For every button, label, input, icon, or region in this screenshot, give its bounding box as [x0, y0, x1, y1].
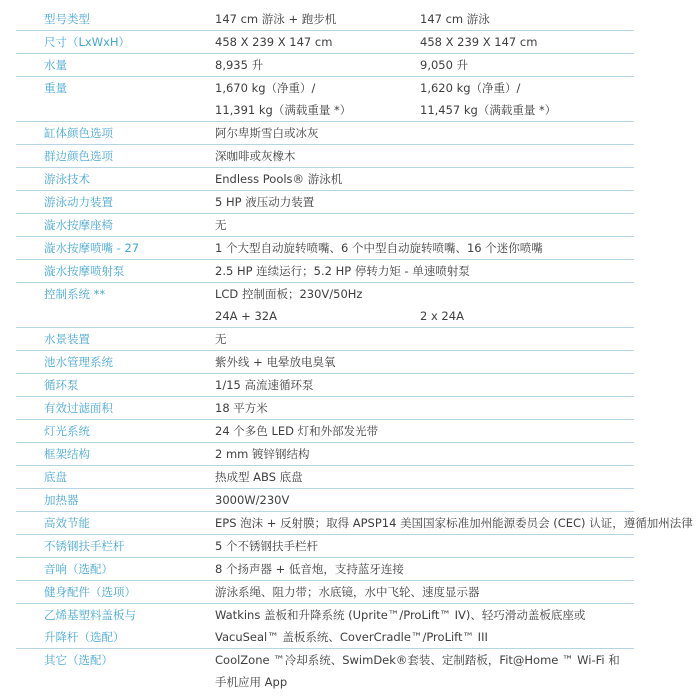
spec-label-line: 重量 — [44, 77, 215, 99]
spec-value-col1-line: 紫外线 + 电晕放电臭氧 — [215, 351, 420, 373]
spec-label-line: 漩水按摩喷嘴 - 27 — [44, 237, 215, 259]
spec-label: 不锈钢扶手栏杆 — [16, 535, 215, 557]
spec-value-col1-line: 5 个不锈钢扶手栏杆 — [215, 535, 420, 557]
spec-value-col1-line: 24 个多色 LED 灯和外部发光带 — [215, 420, 420, 442]
spec-value-col2 — [420, 466, 634, 488]
spec-label: 水量 — [16, 54, 215, 76]
spec-label-line: 健身配件（选项） — [44, 581, 215, 603]
spec-value-col2-line — [543, 237, 634, 259]
spec-row: 健身配件（选项）游泳系绳、阻力带；水底镜，水中飞轮、速度显示器 — [16, 581, 634, 604]
spec-value-col2 — [420, 420, 634, 442]
spec-label: 游泳技术 — [16, 168, 215, 190]
spec-value-col1: 1,670 kg（净重）/11,391 kg（满载重量 *） — [215, 77, 420, 121]
spec-row: 循环泵1/15 高流速循环泵 — [16, 374, 634, 397]
spec-value-col2 — [420, 397, 634, 419]
spec-label-line: 水量 — [44, 54, 215, 76]
spec-row: 控制系统 ** LCD 控制面板；230V/50Hz24A + 32A 2 x … — [16, 283, 634, 328]
spec-label: 池水管理系统 — [16, 351, 215, 373]
spec-label-line: 乙烯基塑料盖板与 — [44, 604, 215, 626]
spec-label: 漩水按摩喷射泵 — [16, 260, 215, 282]
spec-row: 池水管理系统紫外线 + 电晕放电臭氧 — [16, 351, 634, 374]
spec-value-col1: 24 个多色 LED 灯和外部发光带 — [215, 420, 420, 442]
spec-label: 缸体颜色选项 — [16, 122, 215, 144]
spec-value-col1-line: 147 cm 游泳 + 跑步机 — [215, 8, 420, 30]
spec-value-col1: 18 平方米 — [215, 397, 420, 419]
spec-value-col2 — [543, 237, 634, 259]
spec-label-line: 加热器 — [44, 489, 215, 511]
spec-label: 有效过滤面积 — [16, 397, 215, 419]
spec-label-line: 其它（选配） — [44, 649, 215, 671]
spec-value-col2-line: 147 cm 游泳 — [420, 8, 634, 30]
spec-value-col1: 3000W/230V — [215, 489, 420, 511]
spec-label: 控制系统 ** — [16, 283, 215, 327]
spec-value-col1-line: 热成型 ABS 底盘 — [215, 466, 420, 488]
spec-value-col1: 热成型 ABS 底盘 — [215, 466, 420, 488]
spec-label-line: 缸体颜色选项 — [44, 122, 215, 144]
spec-value-col1-line: 8,935 升 — [215, 54, 420, 76]
spec-value-col1: 紫外线 + 电晕放电臭氧 — [215, 351, 420, 373]
spec-label: 水景装置 — [16, 328, 215, 350]
spec-label-line: 漩水按摩座椅 — [44, 214, 215, 236]
spec-value-col1: 无 — [215, 214, 420, 236]
spec-value-col1-line: 手机应用 App — [215, 671, 620, 693]
spec-row: 漩水按摩喷嘴 - 271 个大型自动旋转喷嘴、6 个中型自动旋转喷嘴、16 个迷… — [16, 237, 634, 260]
spec-value-col2-line — [420, 328, 634, 350]
spec-value-col1: CoolZone ™冷却系统、SwimDek®套装、定制踏板，Fit@Home … — [215, 649, 620, 693]
spec-label-line: 不锈钢扶手栏杆 — [44, 535, 215, 557]
spec-value-col1-line: 11,391 kg（满载重量 *） — [215, 99, 420, 121]
spec-value-col2-line — [420, 489, 634, 511]
spec-value-col2: 1,620 kg（净重）/11,457 kg（满载重量 *） — [420, 77, 634, 121]
spec-row: 游泳技术Endless Pools® 游泳机 — [16, 168, 634, 191]
spec-label-line: 游泳动力装置 — [44, 191, 215, 213]
spec-row: 缸体颜色选项阿尔卑斯雪白或冰灰 — [16, 122, 634, 145]
spec-value-col1-line: LCD 控制面板；230V/50Hz — [215, 283, 420, 305]
spec-value-col2-line — [693, 512, 697, 534]
spec-label: 高效节能 — [16, 512, 215, 534]
spec-row: 漩水按摩喷射泵2.5 HP 连续运行；5.2 HP 停转力矩 - 单速喷射泵 — [16, 260, 634, 283]
spec-label-line: 循环泵 — [44, 374, 215, 396]
spec-table: 型号类型147 cm 游泳 + 跑步机147 cm 游泳尺寸（LxWxH）458… — [16, 8, 634, 693]
spec-value-col2 — [480, 581, 635, 603]
spec-value-col2 — [420, 489, 634, 511]
spec-value-col1-line: 阿尔卑斯雪白或冰灰 — [215, 122, 420, 144]
spec-row: 不锈钢扶手栏杆5 个不锈钢扶手栏杆 — [16, 535, 634, 558]
spec-label: 健身配件（选项） — [16, 581, 215, 603]
spec-value-col1-line: 24A + 32A — [215, 305, 420, 327]
spec-label-line — [44, 671, 215, 693]
spec-label-line: 漩水按摩喷射泵 — [44, 260, 215, 282]
spec-label-line: 型号类型 — [44, 8, 215, 30]
spec-label-line: 尺寸（LxWxH） — [44, 31, 215, 53]
spec-label-line: 游泳技术 — [44, 168, 215, 190]
spec-row: 游泳动力装置5 HP 液压动力装置 — [16, 191, 634, 214]
spec-value-col2: 2 x 24A — [420, 283, 634, 327]
spec-value-col1-line: EPS 泡沫 + 反射膜；取得 APSP14 美国国家标准加州能源委员会 (CE… — [215, 512, 693, 534]
spec-value-col2 — [620, 649, 634, 693]
spec-label-line — [44, 305, 215, 327]
spec-value-col1: 147 cm 游泳 + 跑步机 — [215, 8, 420, 30]
spec-value-col2-line — [420, 558, 634, 580]
spec-value-col2-line — [420, 420, 634, 442]
spec-value-col1-line: 3000W/230V — [215, 489, 420, 511]
spec-label: 底盘 — [16, 466, 215, 488]
spec-value-col1-line: Watkins 盖板和升降系统 (Uprite™/ProLift™ IV)、轻巧… — [215, 604, 585, 626]
spec-value-col1-line: 无 — [215, 214, 420, 236]
spec-value-col1-line: CoolZone ™冷却系统、SwimDek®套装、定制踏板，Fit@Home … — [215, 649, 620, 671]
spec-value-col2-line: 458 X 239 X 147 cm — [420, 31, 634, 53]
spec-value-col1-line: 深咖啡或灰橡木 — [215, 145, 420, 167]
spec-value-col1: Endless Pools® 游泳机 — [215, 168, 420, 190]
spec-value-col1-line: 2.5 HP 连续运行；5.2 HP 停转力矩 - 单速喷射泵 — [215, 260, 470, 282]
spec-label-line: 升降杆（选配） — [44, 626, 215, 648]
spec-value-col2-line — [470, 260, 634, 282]
spec-value-col1: 458 X 239 X 147 cm — [215, 31, 420, 53]
spec-value-col1: 1/15 高流速循环泵 — [215, 374, 420, 396]
spec-row: 漩水按摩座椅无 — [16, 214, 634, 237]
spec-row: 群边颜色选项深咖啡或灰橡木 — [16, 145, 634, 168]
spec-label: 其它（选配） — [16, 649, 215, 693]
spec-value-col1-line: 5 HP 液压动力装置 — [215, 191, 420, 213]
spec-value-col1: 无 — [215, 328, 420, 350]
spec-value-col2-line — [420, 191, 634, 213]
spec-value-col2 — [420, 535, 634, 557]
spec-label: 漩水按摩喷嘴 - 27 — [16, 237, 215, 259]
spec-value-col2: 458 X 239 X 147 cm — [420, 31, 634, 53]
spec-value-col2-line — [420, 535, 634, 557]
spec-value-col2-line — [620, 649, 634, 671]
spec-value-col1-line: 游泳系绳、阻力带；水底镜，水中飞轮、速度显示器 — [215, 581, 480, 603]
spec-value-col1-line: 18 平方米 — [215, 397, 420, 419]
spec-value-col1-line: 458 X 239 X 147 cm — [215, 31, 420, 53]
spec-value-col1: 阿尔卑斯雪白或冰灰 — [215, 122, 420, 144]
spec-value-col1-line: 无 — [215, 328, 420, 350]
spec-value-col2-line — [420, 283, 634, 305]
spec-label: 框架结构 — [16, 443, 215, 465]
spec-value-col2-line — [420, 443, 634, 465]
spec-row: 高效节能EPS 泡沫 + 反射膜；取得 APSP14 美国国家标准加州能源委员会… — [16, 512, 634, 535]
spec-value-col1-line: 1/15 高流速循环泵 — [215, 374, 420, 396]
spec-label-line: 有效过滤面积 — [44, 397, 215, 419]
spec-label: 加热器 — [16, 489, 215, 511]
spec-value-col1: 8 个扬声器 + 低音炮，支持蓝牙连接 — [215, 558, 420, 580]
spec-label-line: 水景装置 — [44, 328, 215, 350]
spec-value-col1-line: VacuSeal™ 盖板系统、CoverCradle™/ProLift™ III — [215, 626, 585, 648]
spec-value-col2-line — [585, 604, 634, 626]
spec-label: 游泳动力装置 — [16, 191, 215, 213]
spec-label: 型号类型 — [16, 8, 215, 30]
spec-value-col1-line: 8 个扬声器 + 低音炮，支持蓝牙连接 — [215, 558, 420, 580]
spec-value-col2-line — [420, 122, 634, 144]
spec-value-col2 — [420, 191, 634, 213]
spec-value-col1-line: 2 mm 镀锌钢结构 — [215, 443, 420, 465]
spec-value-col1: 2.5 HP 连续运行；5.2 HP 停转力矩 - 单速喷射泵 — [215, 260, 470, 282]
spec-value-col2 — [420, 122, 634, 144]
spec-value-col1: 1 个大型自动旋转喷嘴、6 个中型自动旋转喷嘴、16 个迷你喷嘴 — [215, 237, 543, 259]
spec-row: 水量8,935 升9,050 升 — [16, 54, 634, 77]
spec-value-col2 — [585, 604, 634, 648]
spec-value-col2-line: 11,457 kg（满载重量 *） — [420, 99, 634, 121]
spec-value-col2-line — [420, 351, 634, 373]
spec-label-line — [44, 99, 215, 121]
spec-row: 底盘热成型 ABS 底盘 — [16, 466, 634, 489]
spec-value-col2-line — [420, 145, 634, 167]
spec-row: 有效过滤面积18 平方米 — [16, 397, 634, 420]
spec-row: 灯光系统24 个多色 LED 灯和外部发光带 — [16, 420, 634, 443]
spec-value-col2 — [470, 260, 634, 282]
spec-value-col2-line — [420, 466, 634, 488]
spec-value-col2-line — [480, 581, 635, 603]
spec-row: 其它（选配） CoolZone ™冷却系统、SwimDek®套装、定制踏板，Fi… — [16, 649, 634, 693]
spec-value-col1-line: 1 个大型自动旋转喷嘴、6 个中型自动旋转喷嘴、16 个迷你喷嘴 — [215, 237, 543, 259]
spec-label: 灯光系统 — [16, 420, 215, 442]
spec-value-col2 — [420, 558, 634, 580]
spec-value-col2-line — [420, 397, 634, 419]
spec-value-col2 — [693, 512, 697, 534]
spec-value-col1: 5 HP 液压动力装置 — [215, 191, 420, 213]
spec-value-col1: 2 mm 镀锌钢结构 — [215, 443, 420, 465]
spec-value-col2: 9,050 升 — [420, 54, 634, 76]
spec-value-col2 — [420, 351, 634, 373]
spec-label-line: 灯光系统 — [44, 420, 215, 442]
spec-value-col2-line — [620, 671, 634, 693]
spec-value-col1: Watkins 盖板和升降系统 (Uprite™/ProLift™ IV)、轻巧… — [215, 604, 585, 648]
spec-label: 乙烯基塑料盖板与升降杆（选配） — [16, 604, 215, 648]
spec-row: 框架结构2 mm 镀锌钢结构 — [16, 443, 634, 466]
spec-label-line: 框架结构 — [44, 443, 215, 465]
spec-value-col1: 游泳系绳、阻力带；水底镜，水中飞轮、速度显示器 — [215, 581, 480, 603]
spec-label-line: 高效节能 — [44, 512, 215, 534]
spec-value-col2-line — [420, 214, 634, 236]
spec-value-col1: 8,935 升 — [215, 54, 420, 76]
spec-value-col2 — [420, 168, 634, 190]
spec-label: 音响（选配） — [16, 558, 215, 580]
spec-label-line: 音响（选配） — [44, 558, 215, 580]
spec-label: 漩水按摩座椅 — [16, 214, 215, 236]
spec-label: 重量 — [16, 77, 215, 121]
spec-value-col2 — [420, 443, 634, 465]
spec-value-col2 — [420, 145, 634, 167]
spec-value-col2-line: 2 x 24A — [420, 305, 634, 327]
spec-label: 尺寸（LxWxH） — [16, 31, 215, 53]
spec-label-line: 群边颜色选项 — [44, 145, 215, 167]
spec-row: 乙烯基塑料盖板与升降杆（选配）Watkins 盖板和升降系统 (Uprite™/… — [16, 604, 634, 649]
spec-value-col2-line: 9,050 升 — [420, 54, 634, 76]
spec-label-line: 底盘 — [44, 466, 215, 488]
spec-label: 群边颜色选项 — [16, 145, 215, 167]
spec-value-col1: 深咖啡或灰橡木 — [215, 145, 420, 167]
spec-row: 水景装置无 — [16, 328, 634, 351]
spec-label: 循环泵 — [16, 374, 215, 396]
spec-value-col2-line: 1,620 kg（净重）/ — [420, 77, 634, 99]
spec-value-col2-line — [420, 374, 634, 396]
spec-value-col2-line — [420, 168, 634, 190]
spec-value-col2 — [420, 214, 634, 236]
spec-label-line: 池水管理系统 — [44, 351, 215, 373]
spec-value-col1: EPS 泡沫 + 反射膜；取得 APSP14 美国国家标准加州能源委员会 (CE… — [215, 512, 693, 534]
spec-row: 重量 1,670 kg（净重）/11,391 kg（满载重量 *）1,620 k… — [16, 77, 634, 122]
spec-value-col2-line — [585, 626, 634, 648]
spec-row: 加热器3000W/230V — [16, 489, 634, 512]
spec-value-col1-line: Endless Pools® 游泳机 — [215, 168, 420, 190]
spec-value-col2 — [420, 374, 634, 396]
spec-value-col2 — [420, 328, 634, 350]
spec-label-line: 控制系统 ** — [44, 283, 215, 305]
spec-row: 尺寸（LxWxH）458 X 239 X 147 cm458 X 239 X 1… — [16, 31, 634, 54]
spec-row: 音响（选配）8 个扬声器 + 低音炮，支持蓝牙连接 — [16, 558, 634, 581]
spec-value-col1: LCD 控制面板；230V/50Hz24A + 32A — [215, 283, 420, 327]
spec-value-col1-line: 1,670 kg（净重）/ — [215, 77, 420, 99]
spec-value-col1: 5 个不锈钢扶手栏杆 — [215, 535, 420, 557]
spec-row: 型号类型147 cm 游泳 + 跑步机147 cm 游泳 — [16, 8, 634, 31]
spec-value-col2: 147 cm 游泳 — [420, 8, 634, 30]
